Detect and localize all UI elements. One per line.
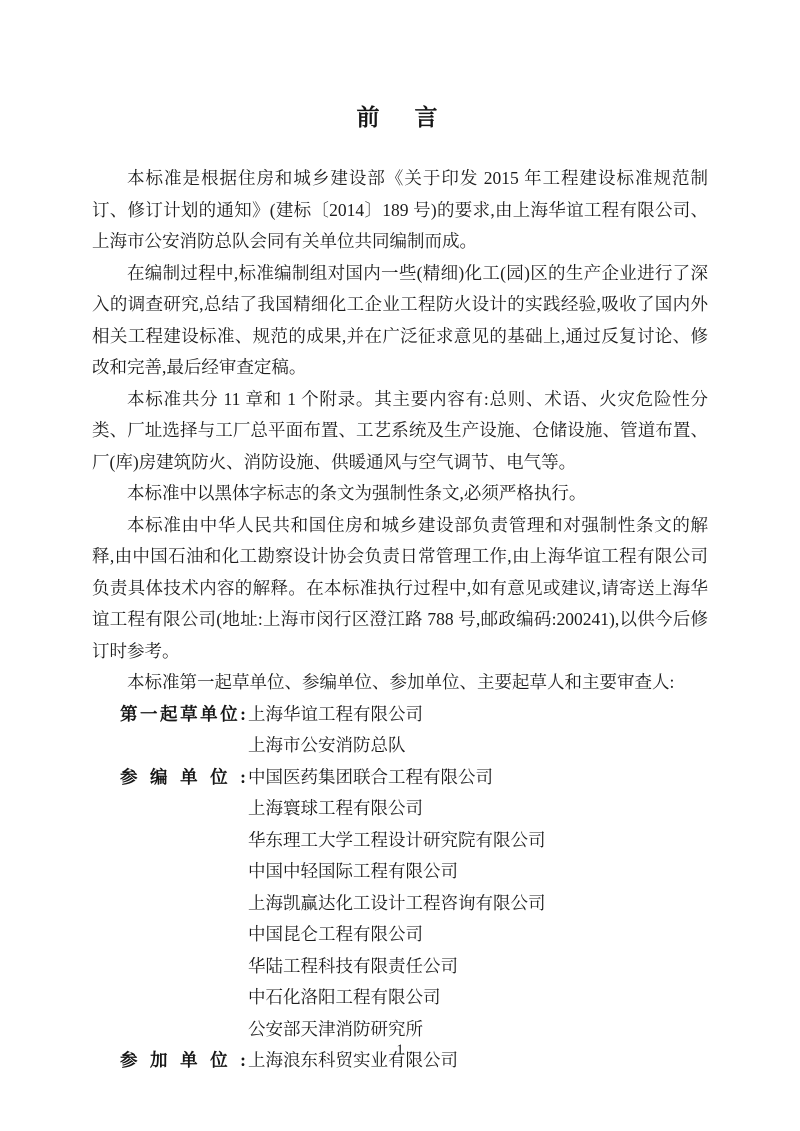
paragraph-1: 本标准是根据住房和城乡建设部《关于印发 2015 年工程建设标准规范制订、修订计… (92, 163, 708, 258)
paragraph-4: 本标准中以黑体字标志的条文为强制性条文,必须严格执行。 (92, 478, 708, 510)
first-drafting-unit-label: 第一起草单位: (120, 699, 246, 731)
paragraph-3: 本标准共分 11 章和 1 个附录。其主要内容有:总则、术语、火灾危险性分类、厂… (92, 384, 708, 479)
unit-company: 中国中轻国际工程有限公司 (246, 856, 708, 888)
unit-row: 中国中轻国际工程有限公司 (120, 856, 708, 888)
unit-company: 中国昆仑工程有限公司 (246, 919, 708, 951)
unit-company: 华东理工大学工程设计研究院有限公司 (246, 825, 708, 857)
unit-company: 上海凯赢达化工设计工程咨询有限公司 (246, 888, 708, 920)
unit-row: 公安部天津消防研究所 (120, 1014, 708, 1046)
unit-row: 华东理工大学工程设计研究院有限公司 (120, 825, 708, 857)
drafting-units-list: 第一起草单位: 上海华谊工程有限公司 上海市公安消防总队 参编单位: 中国医药集… (92, 699, 708, 1077)
unit-company: 上海寰球工程有限公司 (246, 793, 708, 825)
paragraph-6: 本标准第一起草单位、参编单位、参加单位、主要起草人和主要审查人: (92, 667, 708, 699)
unit-row: 中石化洛阳工程有限公司 (120, 982, 708, 1014)
unit-row: 上海凯赢达化工设计工程咨询有限公司 (120, 888, 708, 920)
unit-row: 中国昆仑工程有限公司 (120, 919, 708, 951)
paragraph-5: 本标准由中华人民共和国住房和城乡建设部负责管理和对强制性条文的解释,由中国石油和… (92, 510, 708, 668)
document-page: 前 言 本标准是根据住房和城乡建设部《关于印发 2015 年工程建设标准规范制订… (0, 0, 800, 1131)
unit-company: 公安部天津消防研究所 (246, 1014, 708, 1046)
paragraph-2: 在编制过程中,标准编制组对国内一些(精细)化工(园)区的生产企业进行了深入的调查… (92, 258, 708, 384)
unit-company: 中石化洛阳工程有限公司 (246, 982, 708, 1014)
page-title: 前 言 (92, 103, 708, 133)
unit-company: 华陆工程科技有限责任公司 (246, 951, 708, 983)
unit-row: 第一起草单位: 上海华谊工程有限公司 (120, 699, 708, 731)
unit-company: 中国医药集团联合工程有限公司 (246, 762, 708, 794)
unit-row: 参编单位: 中国医药集团联合工程有限公司 (120, 762, 708, 794)
co-drafting-units-label: 参编单位: (120, 762, 246, 794)
unit-row: 华陆工程科技有限责任公司 (120, 951, 708, 983)
unit-row: 上海市公安消防总队 (120, 730, 708, 762)
page-number: 1 (0, 1042, 800, 1058)
unit-company: 上海华谊工程有限公司 (246, 699, 708, 731)
unit-company: 上海市公安消防总队 (246, 730, 708, 762)
unit-row: 上海寰球工程有限公司 (120, 793, 708, 825)
